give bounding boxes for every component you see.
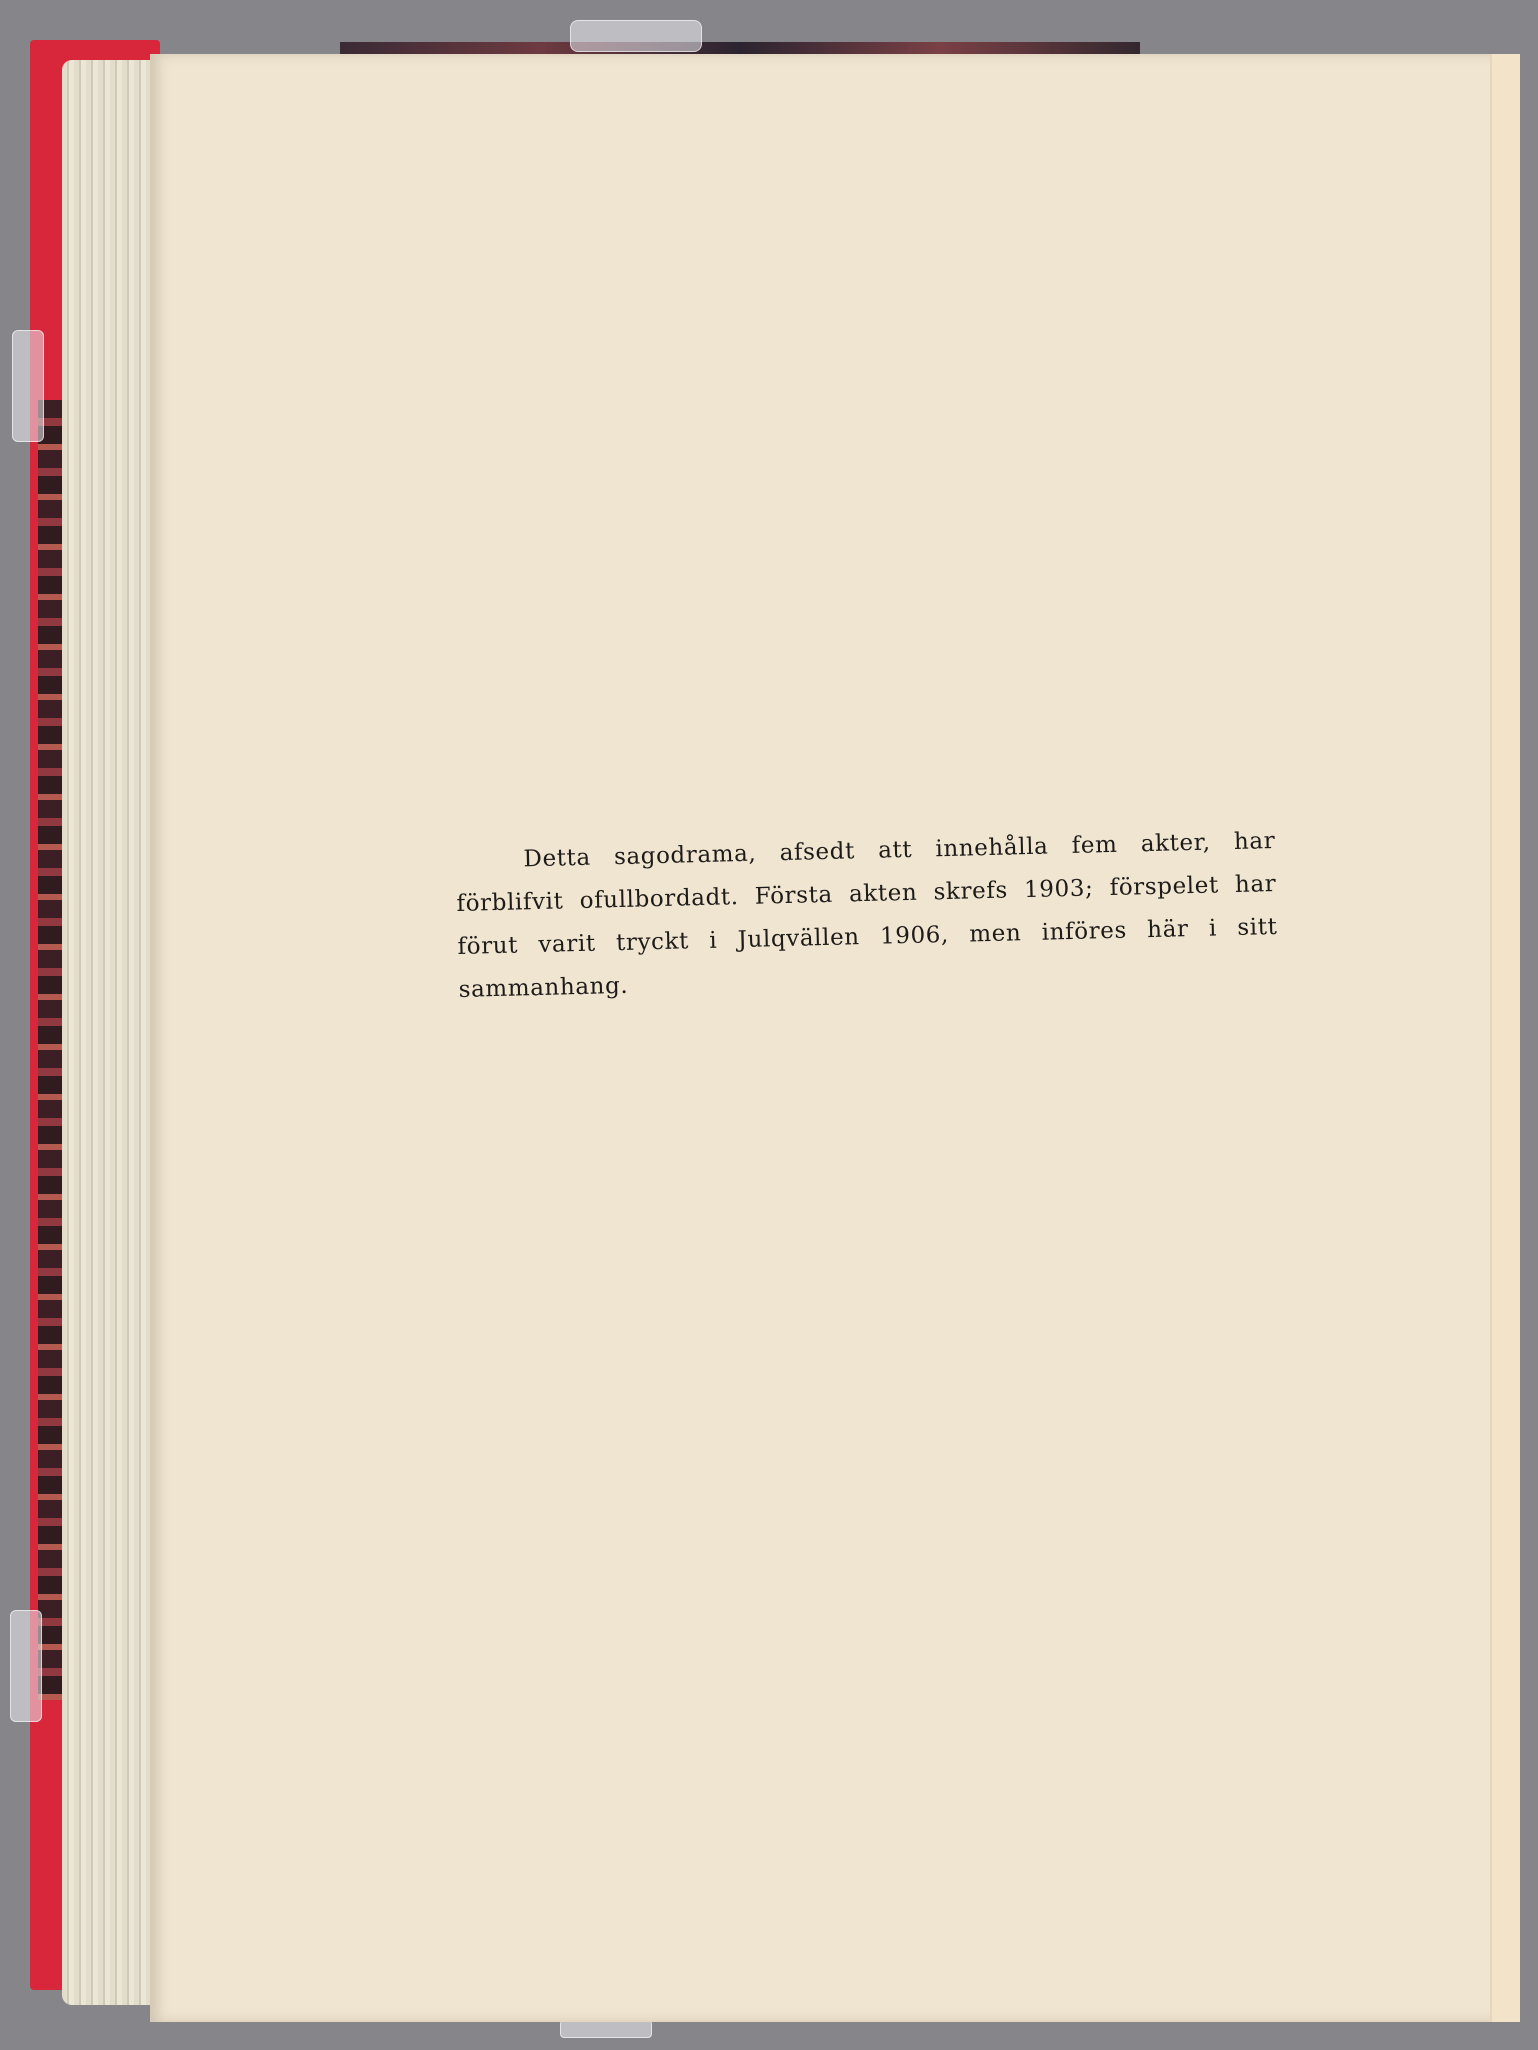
page-clip-top — [570, 20, 702, 52]
scanned-book: Detta sagodrama, afsedt att innehålla fe… — [0, 0, 1538, 2050]
page-clip-bottom — [560, 2020, 652, 2038]
page-text-block: Detta sagodrama, afsedt att innehålla fe… — [455, 820, 1279, 1012]
page-clip-left-upper — [12, 330, 44, 442]
page-right-edge — [1490, 54, 1520, 2022]
page-clip-left-lower — [10, 1610, 42, 1722]
body-paragraph: Detta sagodrama, afsedt att innehålla fe… — [455, 820, 1279, 1012]
book-page — [150, 54, 1510, 2022]
